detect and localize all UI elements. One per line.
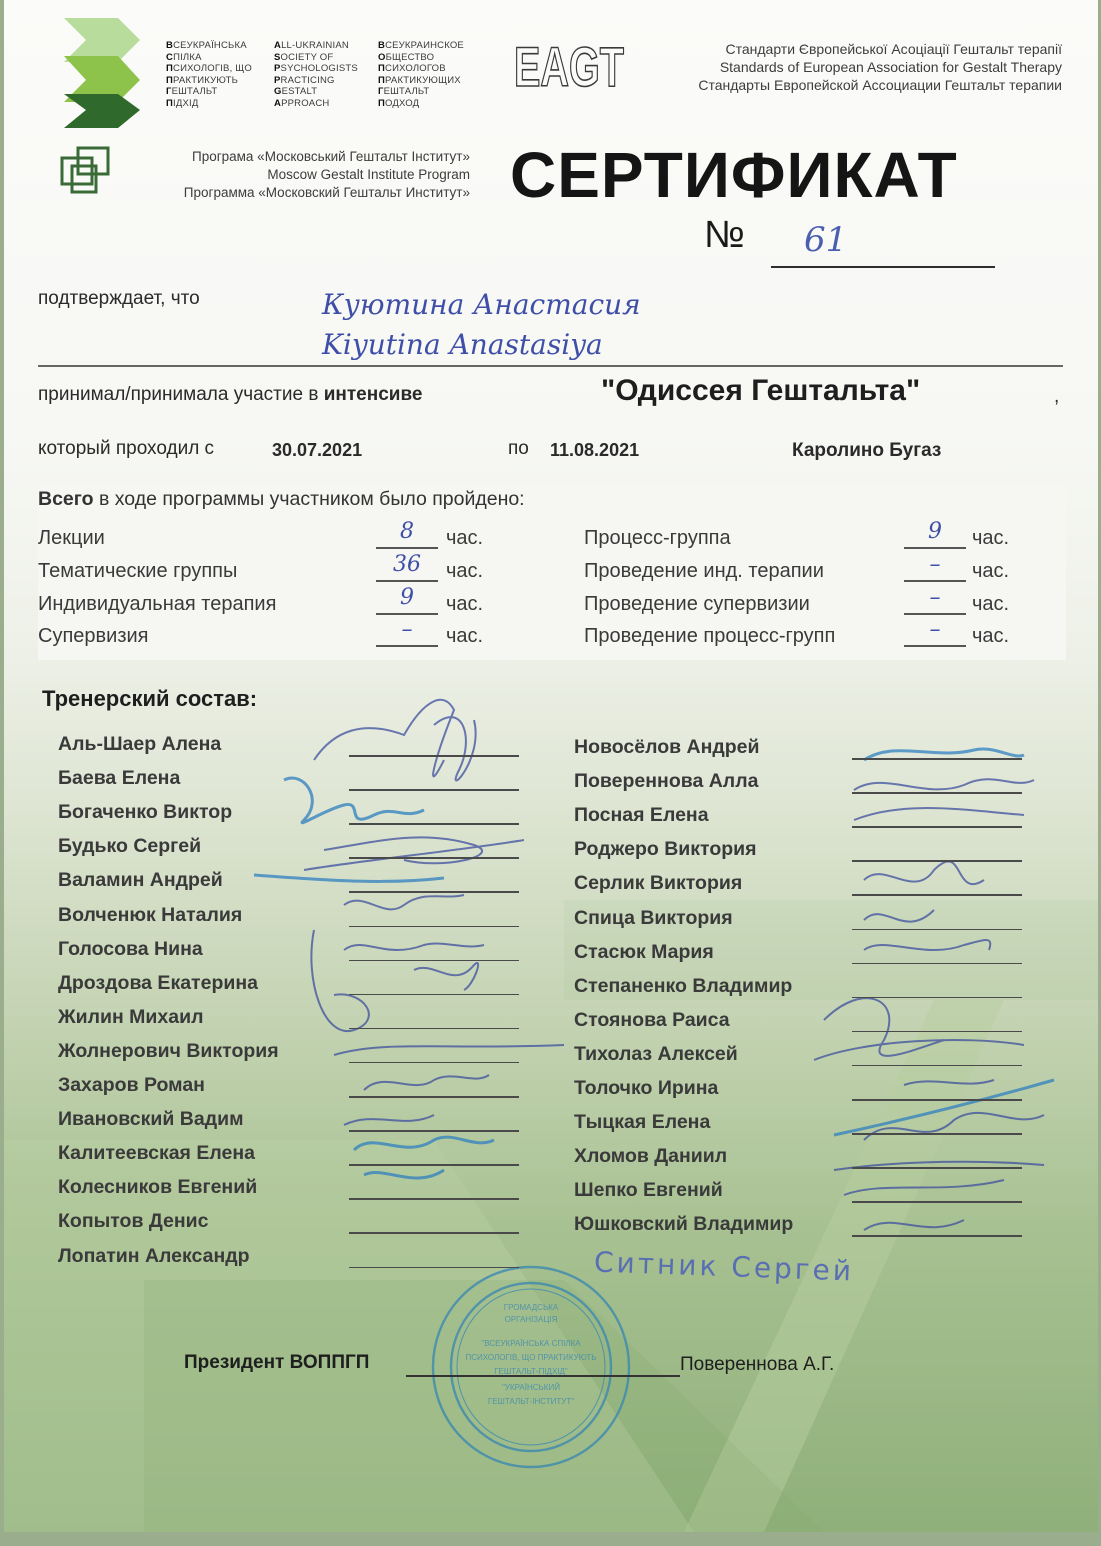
org-line: Практикують <box>166 75 252 87</box>
vsppgp-logo-icon <box>58 18 148 130</box>
name-underline <box>38 365 1063 367</box>
hours-label: Лекции <box>38 527 105 550</box>
trainer-name: Тихолаз Алексей <box>574 1043 738 1066</box>
event-type: интенсиве <box>324 384 423 405</box>
trainer-signature-line <box>852 826 1022 828</box>
official-stamp-icon: ГРОМАДСЬКА ОРГАНІЗАЦІЯ "ВСЕУКРАЇНСЬКА СП… <box>426 1262 636 1472</box>
hours-value: 9 <box>376 585 438 610</box>
event-name: "Одиссея Гештальта" <box>601 374 920 408</box>
trainer-signature-line <box>852 860 1022 862</box>
number-label: № <box>704 214 745 257</box>
org-line: Общество <box>378 52 464 64</box>
trainer-name: Юшковский Владимир <box>574 1213 793 1236</box>
hours-unit: час. <box>446 593 483 616</box>
trainer-name: Серлик Виктория <box>574 872 742 895</box>
trainer-signature-line <box>852 1031 1022 1033</box>
svg-text:ГЕШТАЛЬТ-ІНСТИТУТ": ГЕШТАЛЬТ-ІНСТИТУТ" <box>488 1397 574 1406</box>
trainer-name: Хломов Даниил <box>574 1145 727 1168</box>
trainer-signature-line <box>852 963 1022 965</box>
participated-label: принимал/принимала участие в <box>38 384 318 405</box>
hours-intro-bold: Всего <box>38 488 94 510</box>
hours-label: Процесс-группа <box>584 527 731 550</box>
trainer-signature-line <box>349 891 519 893</box>
confirms-label: подтверждает, что <box>38 288 200 310</box>
trainer-name: Посная Елена <box>574 804 709 827</box>
org-line: Підхід <box>166 98 252 110</box>
trainer-name: Стасюк Мария <box>574 941 714 964</box>
trainer-name: Повереннова Алла <box>574 770 758 793</box>
trainer-name: Степаненко Владимир <box>574 975 792 998</box>
org-line: Practicing <box>274 75 358 87</box>
trainer-name: Шепко Евгений <box>574 1179 723 1202</box>
mgi-line: Программа «Московский Гештальт Институт» <box>184 184 470 202</box>
number-underline <box>771 266 995 268</box>
eagt-line: Стандарти Європейської Асоціації Гешталь… <box>698 40 1062 58</box>
eagt-logo-icon: EAGT <box>512 40 627 90</box>
participant-name-ru: Куютина Анастасия <box>322 288 641 321</box>
svg-text:ОРГАНІЗАЦІЯ: ОРГАНІЗАЦІЯ <box>505 1315 558 1324</box>
org-line: Спілка <box>166 52 252 64</box>
trainers-title: Тренерский состав: <box>42 686 257 712</box>
hours-intro-rest: в ходе программы участником было пройден… <box>94 488 525 510</box>
trainer-signature-line <box>852 1099 1022 1101</box>
org-name-ru: Всеукраинское Общество Психологов Практи… <box>378 40 464 110</box>
eagt-line: Standards of European Association for Ge… <box>698 58 1062 76</box>
trainer-name: Жилин Михаил <box>58 1006 203 1029</box>
mgi-line: Програма «Московський Гештальт Інститут» <box>184 148 470 166</box>
participated-line: принимал/принимала участие в интенсиве <box>38 384 422 406</box>
hours-underline <box>376 613 438 615</box>
trainer-name: Волченюк Наталия <box>58 904 242 927</box>
trainer-signature-line <box>852 1167 1022 1169</box>
trainer-signature-line <box>852 1201 1022 1203</box>
hours-unit: час. <box>446 625 483 648</box>
trainer-signature-line <box>349 755 519 757</box>
trainer-name: Баева Елена <box>58 767 180 790</box>
certificate-page: Всеукраїнська Спілка Психологів, що Прак… <box>4 0 1098 1532</box>
eagt-standards-text: Стандарти Європейської Асоціації Гешталь… <box>698 40 1062 94</box>
hours-unit: час. <box>972 593 1009 616</box>
trainer-name: Стоянова Раиса <box>574 1009 730 1032</box>
trainer-signature-line <box>349 1096 519 1098</box>
hours-underline <box>904 645 966 647</box>
hours-value: – <box>904 552 966 577</box>
trainer-name: Захаров Роман <box>58 1074 205 1097</box>
hours-value: – <box>904 617 966 642</box>
org-line: Всеукраинское <box>378 40 464 52</box>
trainer-signature-line <box>852 1235 1022 1237</box>
svg-text:"УКРАЇНСЬКИЙ: "УКРАЇНСЬКИЙ <box>502 1383 560 1392</box>
trainer-name: Тыцкая Елена <box>574 1111 710 1134</box>
org-name-ua: Всеукраїнська Спілка Психологів, що Прак… <box>166 40 252 110</box>
trainer-signature-line <box>852 792 1022 794</box>
trainer-signature-line <box>852 894 1022 896</box>
org-line: Подход <box>378 98 464 110</box>
trainer-name: Спица Виктория <box>574 907 733 930</box>
trainer-signature-line <box>852 758 1022 760</box>
trainer-signature-line <box>349 1164 519 1166</box>
trainer-name: Копытов Денис <box>58 1210 208 1233</box>
president-name: Повереннова А.Г. <box>680 1354 834 1376</box>
hours-value: 8 <box>376 519 438 544</box>
location: Каролино Бугаз <box>792 440 941 462</box>
hours-unit: час. <box>972 560 1009 583</box>
trainer-signature-line <box>349 789 519 791</box>
trailing-comma: , <box>1054 386 1059 408</box>
date-from: 30.07.2021 <box>272 440 362 461</box>
hours-value: – <box>904 585 966 610</box>
svg-text:EAGT: EAGT <box>514 40 624 90</box>
trainer-signature-line <box>349 960 519 962</box>
trainer-name: Дроздова Екатерина <box>58 972 258 995</box>
eagt-line: Стандарты Европейской Ассоциации Гешталь… <box>698 76 1062 94</box>
trainer-name: Толочко Ирина <box>574 1077 718 1100</box>
hours-underline <box>376 547 438 549</box>
trainer-signature-line <box>852 929 1022 931</box>
mgi-program-text: Програма «Московський Гештальт Інститут»… <box>184 148 470 202</box>
trainer-signature-line <box>349 1130 519 1132</box>
hours-unit: час. <box>446 527 483 550</box>
hours-label: Проведение инд. терапии <box>584 560 824 583</box>
svg-text:ГРОМАДСЬКА: ГРОМАДСЬКА <box>504 1303 559 1312</box>
org-line: Psychologists <box>274 63 358 75</box>
mgi-line: Moscow Gestalt Institute Program <box>184 166 470 184</box>
hours-unit: час. <box>446 560 483 583</box>
trainer-name: Калитеевская Елена <box>58 1142 255 1165</box>
mgi-logo-icon <box>60 146 112 194</box>
org-name-en: All-Ukrainian Society of Psychologists P… <box>274 40 358 110</box>
hours-underline <box>904 613 966 615</box>
svg-text:"ВСЕУКРАЇНСЬКА СПІЛКА: "ВСЕУКРАЇНСЬКА СПІЛКА <box>481 1339 581 1348</box>
to-label: по <box>508 438 529 460</box>
participant-name-en: Kiyutina Anastasiya <box>322 328 603 361</box>
date-to: 11.08.2021 <box>550 440 639 461</box>
certificate-title: СЕРТИФИКАТ <box>510 138 958 212</box>
org-line: Гештальт <box>166 86 252 98</box>
trainer-signature-line <box>852 997 1022 999</box>
org-line: Психологів, що <box>166 63 252 75</box>
trainer-signature-line <box>349 1267 519 1269</box>
hours-label: Тематические группы <box>38 560 237 583</box>
hours-label: Супервизия <box>38 625 149 648</box>
org-line: Approach <box>274 98 358 110</box>
hours-underline <box>376 580 438 582</box>
trainer-name: Жолнерович Виктория <box>58 1040 279 1063</box>
certificate-number: 61 <box>804 220 847 260</box>
trainer-signature-line <box>349 994 519 996</box>
hours-underline <box>904 547 966 549</box>
trainer-name: Роджеро Виктория <box>574 838 757 861</box>
trainer-name: Ивановский Вадим <box>58 1108 244 1131</box>
hours-label: Проведение супервизии <box>584 593 810 616</box>
trainer-signature-line <box>349 857 519 859</box>
president-label: Президент ВОППГП <box>184 1352 369 1374</box>
org-line: Практикующих <box>378 75 464 87</box>
hours-label: Индивидуальная терапия <box>38 593 276 616</box>
trainer-name: Новосёлов Андрей <box>574 736 760 759</box>
trainer-signature-line <box>349 1232 519 1234</box>
hours-underline <box>376 645 438 647</box>
trainer-signature-line <box>349 1198 519 1200</box>
trainer-name: Будько Сергей <box>58 835 201 858</box>
hours-unit: час. <box>972 625 1009 648</box>
hours-value: – <box>376 617 438 642</box>
trainer-signature-line <box>852 1133 1022 1135</box>
org-line: Психологов <box>378 63 464 75</box>
hours-value: 36 <box>376 552 438 577</box>
trainer-name: Голосова Нина <box>58 938 203 961</box>
org-line: Всеукраїнська <box>166 40 252 52</box>
hours-underline <box>904 580 966 582</box>
svg-text:ПСИХОЛОГІВ, ЩО ПРАКТИКУЮТЬ: ПСИХОЛОГІВ, ЩО ПРАКТИКУЮТЬ <box>465 1353 596 1362</box>
hours-label: Проведение процесс-групп <box>584 625 835 648</box>
org-line: Society of <box>274 52 358 64</box>
org-line: Gestalt <box>274 86 358 98</box>
hours-unit: час. <box>972 527 1009 550</box>
trainer-name: Лопатин Александр <box>58 1245 250 1268</box>
trainer-signature-line <box>349 1028 519 1030</box>
trainer-name: Валамин Андрей <box>58 869 223 892</box>
trainer-signature-line <box>852 1065 1022 1067</box>
trainer-signature-line <box>349 823 519 825</box>
trainer-signature-line <box>349 926 519 928</box>
org-line: Гештальт <box>378 86 464 98</box>
hours-value: 9 <box>904 519 966 544</box>
trainer-name: Колесников Евгений <box>58 1176 257 1199</box>
org-line: All-Ukrainian <box>274 40 358 52</box>
trainer-name: Аль-Шаер Алена <box>58 733 221 756</box>
trainer-name: Богаченко Виктор <box>58 801 232 824</box>
trainer-signature-line <box>349 1062 519 1064</box>
hours-intro: Всего в ходе программы участником было п… <box>38 488 525 511</box>
president-signature-line <box>406 1375 680 1377</box>
held-label: который проходил с <box>38 438 214 460</box>
